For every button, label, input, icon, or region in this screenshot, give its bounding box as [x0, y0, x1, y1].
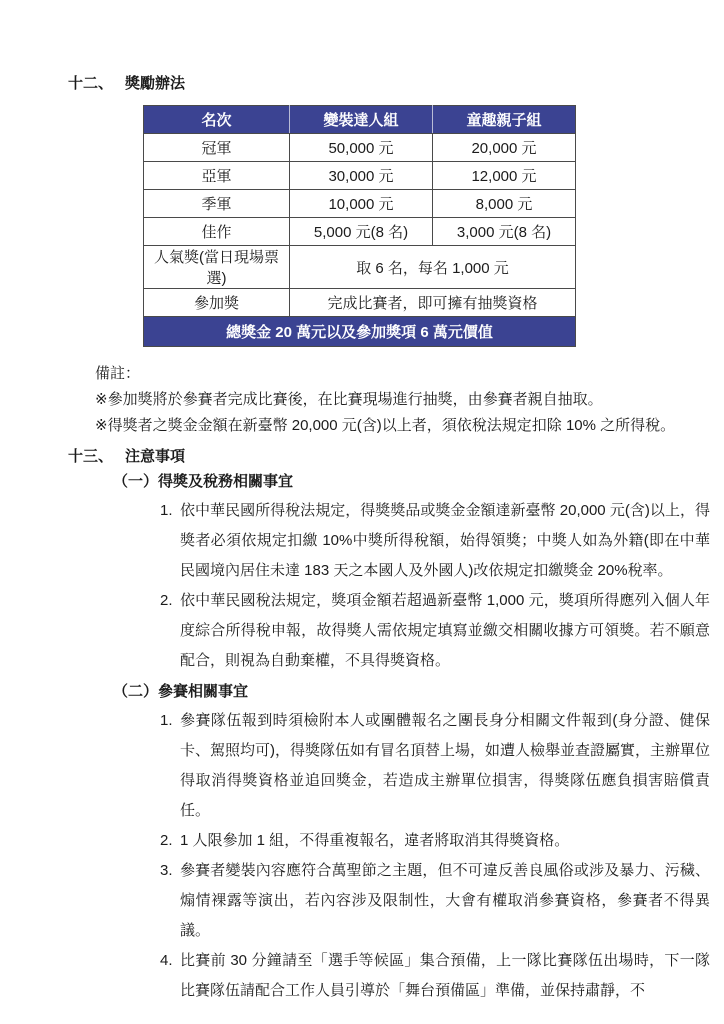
- list-item-text: 比賽前 30 分鐘請至「選手等候區」集合預備，上一隊比賽隊伍出場時，下一隊比賽隊…: [180, 946, 710, 1006]
- remarks-block: 備註： ※參加獎將於參賽者完成比賽後，在比賽現場進行抽獎，由參賽者親自抽取。 ※…: [95, 361, 724, 439]
- document-content: 十二、 獎勵辦法 名次 變裝達人組 童趣親子組 冠軍 50,000 元 20,0…: [0, 0, 724, 1006]
- prize-table-header-rank: 名次: [144, 106, 290, 134]
- list-item-text: 依中華民國所得稅法規定，得獎獎品或獎金金額達新臺幣 20,000 元(含)以上，…: [180, 496, 710, 586]
- table-row: 佳作 5,000 元(8 名) 3,000 元(8 名): [144, 218, 576, 246]
- list-item-text: 1 人限參加 1 組，不得重複報名，違者將取消其得獎資格。: [180, 826, 710, 856]
- rank-cell: 佳作: [144, 218, 290, 246]
- total-prize-banner: 總獎金 20 萬元以及參加獎項 6 萬元價值: [144, 317, 576, 347]
- prize-cell: 20,000 元: [433, 134, 576, 162]
- list-item: 4. 比賽前 30 分鐘請至「選手等候區」集合預備，上一隊比賽隊伍出場時，下一隊…: [160, 946, 710, 1006]
- section-12-number: 十二、: [68, 72, 125, 93]
- list-item-text: 參賽者變裝內容應符合萬聖節之主題，但不可違反善良風俗或涉及暴力、污穢、煽情裸露等…: [180, 856, 710, 946]
- prize-cell: 3,000 元(8 名): [433, 218, 576, 246]
- prize-table-header-family-group: 童趣親子組: [433, 106, 576, 134]
- list-item: 2. 1 人限參加 1 組，不得重複報名，違者將取消其得獎資格。: [160, 826, 710, 856]
- prize-table-header-cosplay-group: 變裝達人組: [290, 106, 433, 134]
- prize-table-header-row: 名次 變裝達人組 童趣親子組: [144, 106, 576, 134]
- rank-cell: 亞軍: [144, 162, 290, 190]
- table-row: 參加獎 完成比賽者，即可擁有抽獎資格: [144, 289, 576, 317]
- section-13: 十三、 注意事項 （一）得獎及稅務相關事宜 1. 依中華民國所得稅法規定，得獎獎…: [0, 445, 724, 1006]
- table-row: 冠軍 50,000 元 20,000 元: [144, 134, 576, 162]
- remark-item: ※參加獎將於參賽者完成比賽後，在比賽現場進行抽獎，由參賽者親自抽取。: [95, 387, 724, 413]
- prize-cell: 50,000 元: [290, 134, 433, 162]
- list-item-number: 3.: [160, 856, 180, 946]
- list-item: 1. 參賽隊伍報到時須檢附本人或團體報名之團長身分相關文件報到(身分證、健保卡、…: [160, 706, 710, 826]
- prize-cell-merged: 完成比賽者，即可擁有抽獎資格: [290, 289, 576, 317]
- list-item: 1. 依中華民國所得稅法規定，得獎獎品或獎金金額達新臺幣 20,000 元(含)…: [160, 496, 710, 586]
- list-item-text: 參賽隊伍報到時須檢附本人或團體報名之團長身分相關文件報到(身分證、健保卡、駕照均…: [180, 706, 710, 826]
- prize-cell-merged: 取 6 名，每名 1,000 元: [290, 246, 576, 289]
- rank-cell: 季軍: [144, 190, 290, 218]
- rank-cell: 冠軍: [144, 134, 290, 162]
- subsection-1-list: 1. 依中華民國所得稅法規定，得獎獎品或獎金金額達新臺幣 20,000 元(含)…: [160, 496, 710, 676]
- rank-cell: 人氣獎(當日現場票選): [144, 246, 290, 289]
- list-item-number: 1.: [160, 496, 180, 586]
- section-12-title: 獎勵辦法: [125, 72, 185, 93]
- prize-cell: 8,000 元: [433, 190, 576, 218]
- section-12-heading: 十二、 獎勵辦法: [68, 72, 724, 93]
- section-13-heading: 十三、 注意事項: [68, 445, 724, 466]
- list-item-number: 4.: [160, 946, 180, 1006]
- prize-table-footer-row: 總獎金 20 萬元以及參加獎項 6 萬元價值: [144, 317, 576, 347]
- subsection-1-heading: （一）得獎及稅務相關事宜: [113, 468, 724, 496]
- prize-cell: 5,000 元(8 名): [290, 218, 433, 246]
- list-item-text: 依中華民國稅法規定，獎項金額若超過新臺幣 1,000 元，獎項所得應列入個人年度…: [180, 586, 710, 676]
- list-item-number: 2.: [160, 826, 180, 856]
- list-item-number: 1.: [160, 706, 180, 826]
- section-13-number: 十三、: [68, 445, 125, 466]
- rank-cell: 參加獎: [144, 289, 290, 317]
- prize-cell: 30,000 元: [290, 162, 433, 190]
- table-row: 人氣獎(當日現場票選) 取 6 名，每名 1,000 元: [144, 246, 576, 289]
- subsection-2-heading: （二）參賽相關事宜: [113, 678, 724, 706]
- remarks-label: 備註：: [95, 361, 724, 387]
- table-row: 季軍 10,000 元 8,000 元: [144, 190, 576, 218]
- prize-cell: 10,000 元: [290, 190, 433, 218]
- remark-item: ※得獎者之獎金金額在新臺幣 20,000 元(含)以上者，須依稅法規定扣除 10…: [95, 413, 724, 439]
- table-row: 亞軍 30,000 元 12,000 元: [144, 162, 576, 190]
- subsection-2-list: 1. 參賽隊伍報到時須檢附本人或團體報名之團長身分相關文件報到(身分證、健保卡、…: [160, 706, 710, 1006]
- list-item-number: 2.: [160, 586, 180, 676]
- section-13-title: 注意事項: [125, 445, 185, 466]
- list-item: 2. 依中華民國稅法規定，獎項金額若超過新臺幣 1,000 元，獎項所得應列入個…: [160, 586, 710, 676]
- prize-cell: 12,000 元: [433, 162, 576, 190]
- document-page: 十二、 獎勵辦法 名次 變裝達人組 童趣親子組 冠軍 50,000 元 20,0…: [0, 0, 724, 1024]
- prize-table: 名次 變裝達人組 童趣親子組 冠軍 50,000 元 20,000 元 亞軍 3…: [143, 105, 576, 347]
- list-item: 3. 參賽者變裝內容應符合萬聖節之主題，但不可違反善良風俗或涉及暴力、污穢、煽情…: [160, 856, 710, 946]
